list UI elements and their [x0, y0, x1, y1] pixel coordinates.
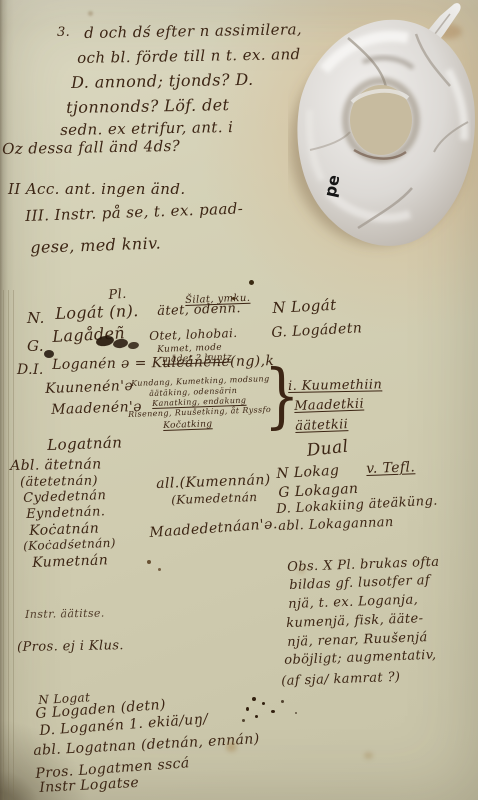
word-form: Kuunenén'ə [45, 379, 133, 396]
gloss: ätet, odenn. [157, 302, 241, 318]
obs-note-line: (af sja/ kamrat ?) [281, 671, 401, 688]
ink-spot [249, 280, 254, 285]
word-form: Instr Logatse [39, 776, 139, 795]
word-form: Logát (n). [55, 303, 139, 322]
section-number: 3. [57, 26, 70, 39]
word-form: (Kumedetnán [171, 491, 258, 506]
right-column-form: G. Logádetn [271, 321, 363, 340]
foxing-stain [298, 568, 305, 574]
obs-note-line: njä, renar, Ruušenjá [287, 631, 428, 649]
ink-spatter [255, 715, 258, 718]
result-form: Maadetkii [294, 398, 364, 413]
ink-spatter [281, 700, 284, 703]
word-form: Kumetnán [32, 553, 108, 570]
ink-blot [112, 338, 128, 349]
obs-note-line: bildas gf. lusotfer af [289, 574, 430, 592]
word-form: Logatnán [47, 435, 123, 453]
small-gloss: Kočatking [163, 420, 213, 431]
paradigm-header: Pl. [108, 288, 127, 302]
manuscript-line: och bl. förde till n t. ex. and [77, 47, 301, 66]
ink-spatter [242, 719, 245, 722]
ink-spot [232, 297, 235, 300]
manuscript-line: d och dś efter n assimilera, [84, 22, 302, 41]
ink-blot [44, 350, 54, 358]
word-form: Maadedetnáan'ə. [149, 517, 278, 540]
foxing-stain [364, 752, 373, 759]
manuscript-line: Oz dessa fall änd 4ds? [2, 139, 180, 157]
small-gloss: Kundang, Kumetking, modsung [131, 375, 270, 388]
obs-note-line: oböjligt; augmentativ, [284, 649, 437, 667]
word-form: Loganén ə = Kuleánéne(ng),k [52, 354, 274, 372]
foxing-stain [226, 742, 237, 752]
case-label: D.I. [17, 363, 44, 377]
case-label: G. [27, 339, 44, 354]
cross-reference: v. Tefl. [366, 460, 415, 476]
right-column-form: N Logát [272, 298, 337, 316]
marginal-note: Instr. äätitse. [25, 608, 105, 620]
word-form: N Lokag [276, 464, 340, 481]
manuscript-line: II Acc. ant. ingen änd. [8, 182, 186, 197]
word-form: all.(Kumennán) [156, 473, 271, 491]
ink-spatter [262, 702, 265, 705]
word-form: abl. Lokagannan [278, 516, 394, 533]
manuscript-line: tjonnonds? Löf. det [66, 97, 229, 116]
ink-spot [147, 560, 151, 564]
obs-note-line: njä, t. ex. Loganja, [288, 593, 418, 611]
marginal-note: (Pros. ej i Klus. [17, 639, 124, 654]
ink-spot [158, 568, 161, 571]
manuscript-line: sedn. ex etrifur, ant. i [60, 120, 233, 138]
obs-note-line: Obs. X Pl. brukas ofta [287, 556, 440, 574]
word-form: (Koċadśetnán) [23, 537, 116, 552]
small-gloss: Riseneng, Ruušetking, åt Ryssfo [128, 406, 271, 419]
manuscript-line: D. annond; tjonds? D. [71, 72, 254, 91]
ink-spatter [295, 712, 297, 714]
word-form: Cydedetnán [23, 489, 106, 505]
manuscript-photo: 3. d och dś efter n assimilera, och bl. … [0, 0, 478, 800]
manuscript-line: III. Instr. på se, t. ex. paad- [25, 201, 244, 224]
word-form: Abl. ätetnán [10, 457, 102, 473]
result-form: i. Kuumethiin [288, 378, 382, 393]
obs-note-line: kumenjä, fisk, ääte- [286, 612, 424, 630]
result-form: äätetkii [295, 418, 348, 433]
ink-spatter [246, 707, 249, 711]
silk-scarf: pe [288, 0, 478, 268]
word-form: Koċatnán [29, 522, 99, 538]
word-form: Eyndetnán. [26, 505, 105, 521]
ink-blot [128, 341, 140, 349]
manuscript-line: gese, med kniv. [30, 235, 161, 256]
paradigm-header: Dual [306, 439, 349, 460]
word-form: (ätetetnán) [20, 475, 98, 489]
underlying-page-edges [3, 290, 18, 800]
gloss: Otet, lohobai. [149, 327, 238, 342]
ink-spatter [252, 697, 256, 701]
foxing-stain [88, 11, 93, 16]
case-label: N. [27, 311, 45, 326]
ink-spatter [271, 710, 275, 713]
